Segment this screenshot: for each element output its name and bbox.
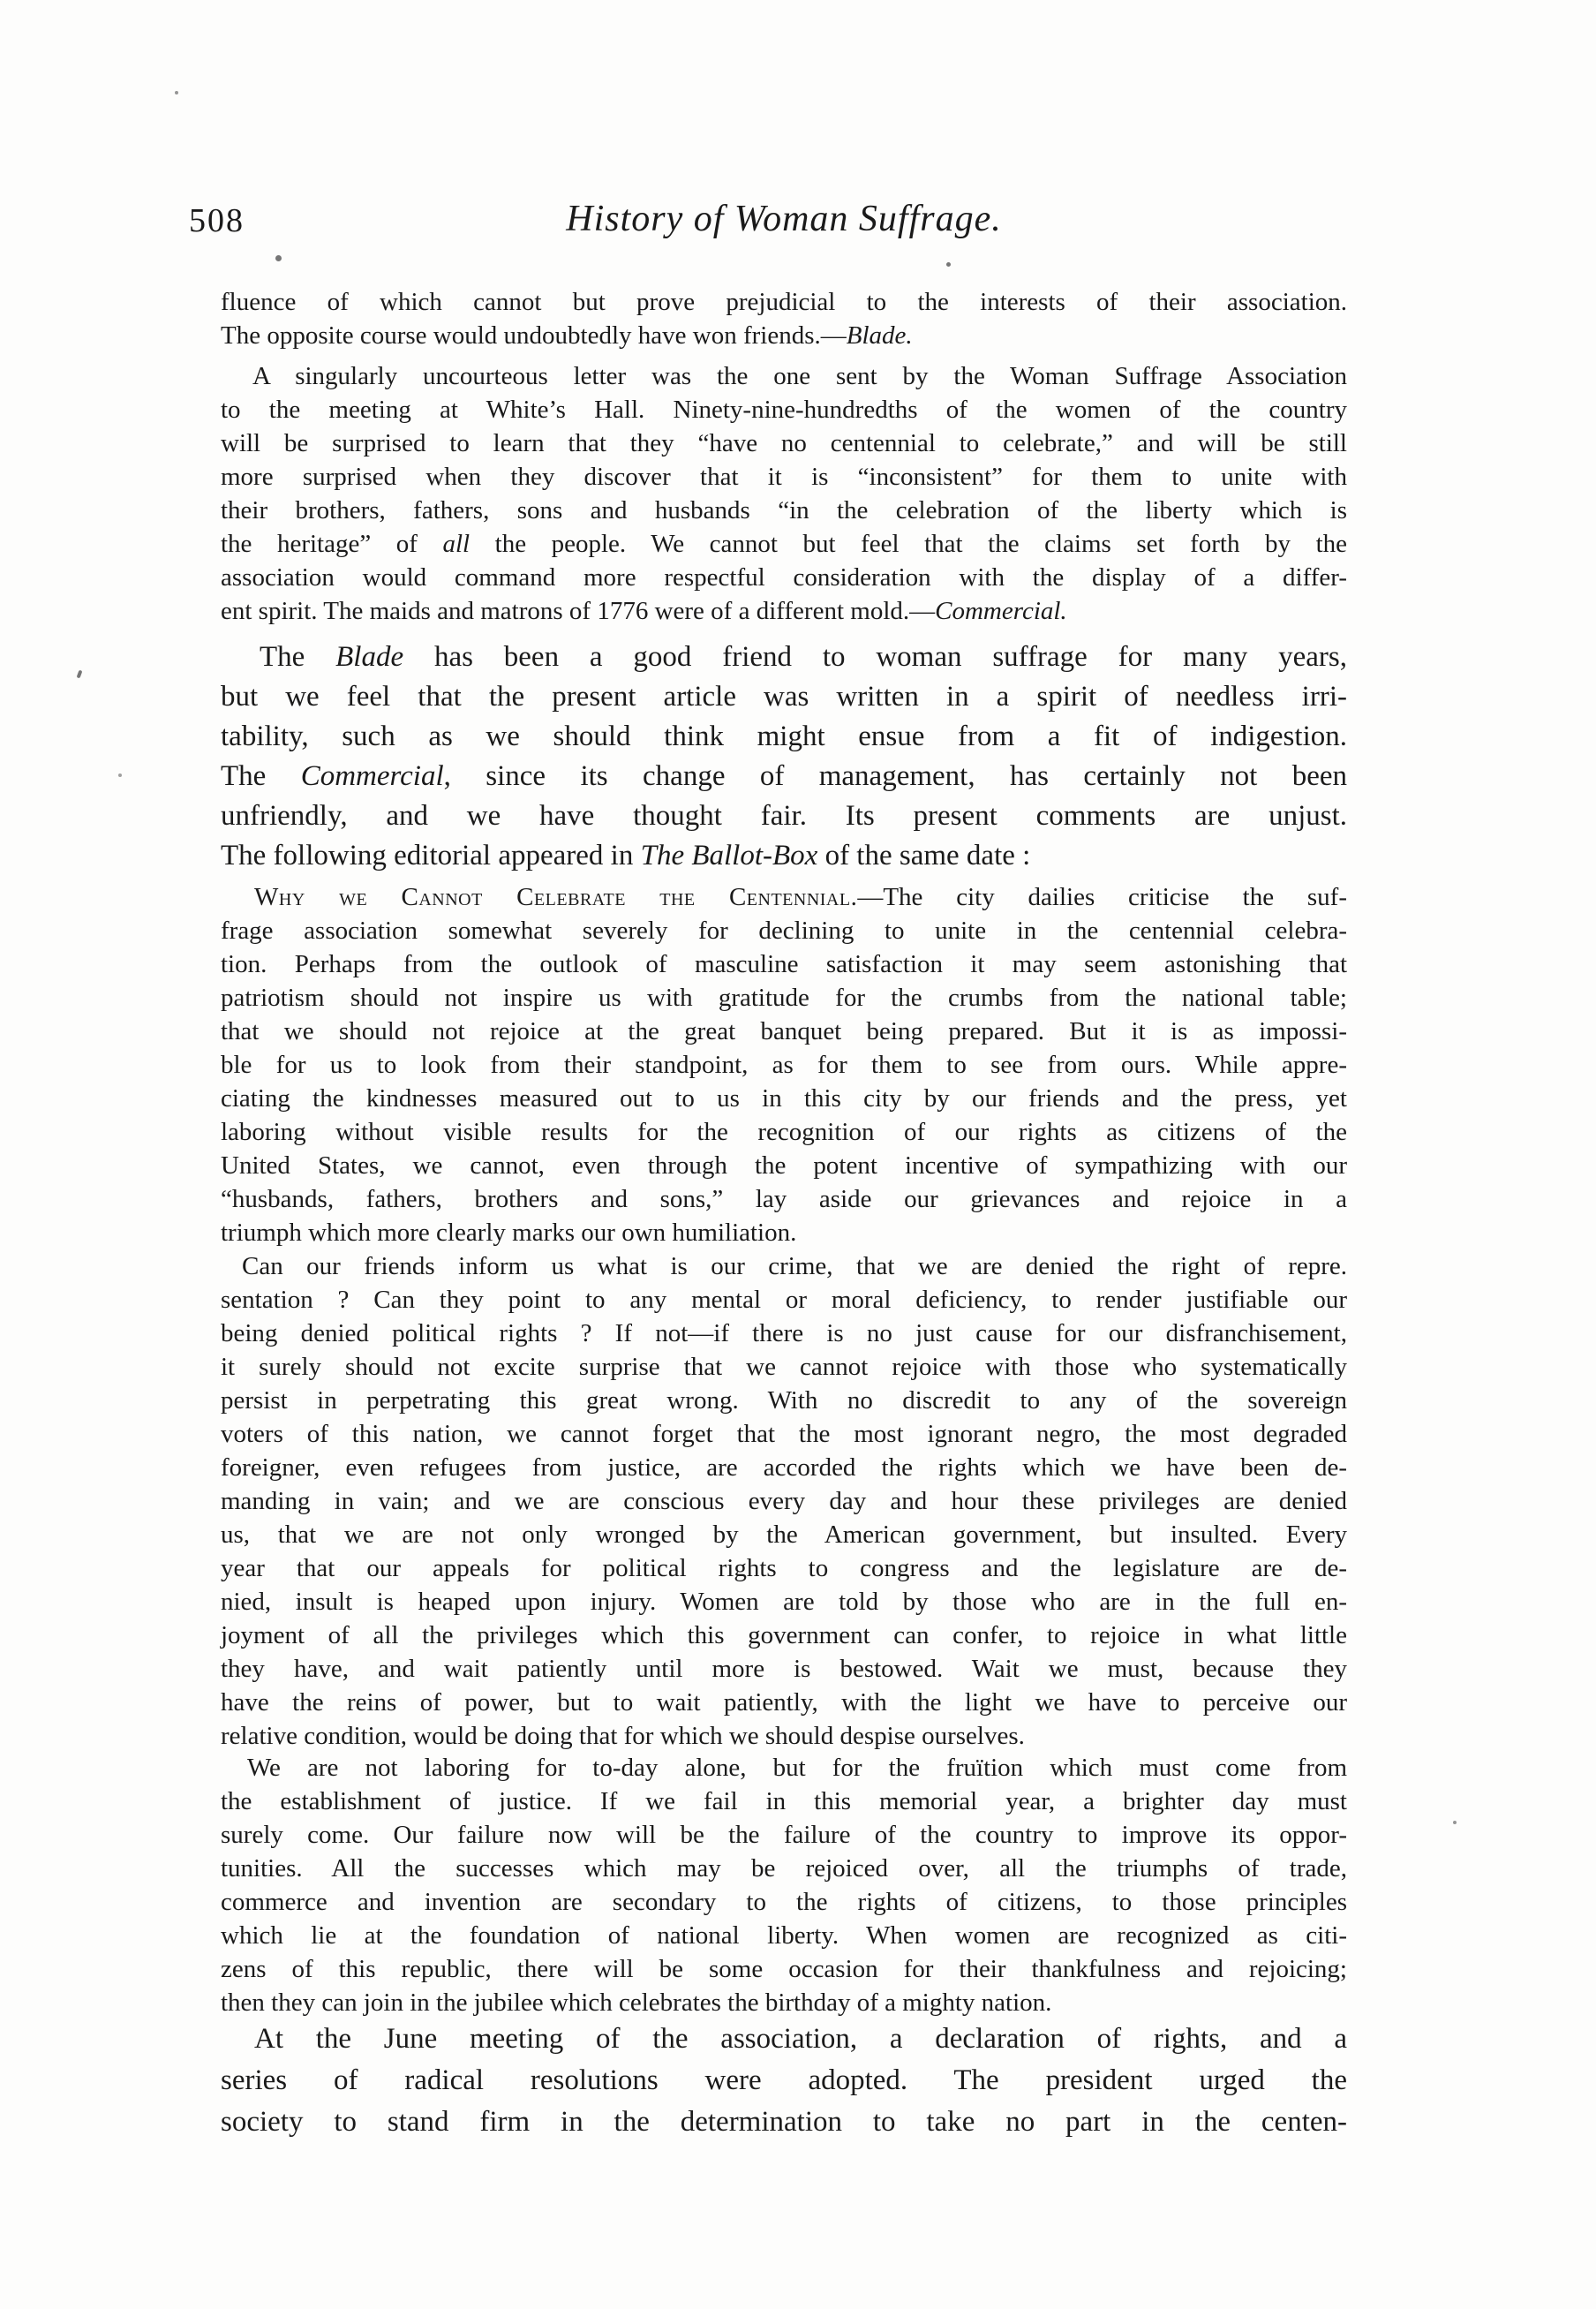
text-line: will be surprised to learn that they “ha… xyxy=(221,426,1347,460)
paragraph-june-meeting: At the June meeting of the association, … xyxy=(221,2018,1347,2143)
text-line: laboring without visible results for the… xyxy=(221,1115,1347,1149)
text-segment: has been a good friend to woman suffrage… xyxy=(403,641,1347,673)
text-line: ble for us to look from their standpoint… xyxy=(221,1048,1347,1082)
text-segment: The following editorial appeared in xyxy=(221,840,641,872)
text-segment: the people. We cannot but feel that the … xyxy=(470,530,1347,558)
scan-speckle xyxy=(275,255,282,261)
paragraph-editorial-3: We are not laboring for to-day alone, bu… xyxy=(221,1751,1347,2019)
text-line: to the meeting at White’s Hall. Ninety-n… xyxy=(221,393,1347,426)
text-line: series of radical resolutions were adopt… xyxy=(221,2060,1347,2101)
text-line: The opposite course would undoubtedly ha… xyxy=(221,319,1347,352)
text-line: triumph which more clearly marks our own… xyxy=(221,1216,1347,1249)
text-line: Can our friends inform us what is our cr… xyxy=(221,1249,1347,1283)
newspaper-name: The Ballot-Box xyxy=(641,840,818,872)
text-line: it surely should not excite surprise tha… xyxy=(221,1350,1347,1384)
text-line: being denied political rights ? If not—i… xyxy=(221,1317,1347,1350)
text-line: their brothers, fathers, sons and husban… xyxy=(221,494,1347,527)
text-line: voters of this nation, we cannot forget … xyxy=(221,1417,1347,1451)
newspaper-name: Commercial xyxy=(301,760,444,792)
text-line: The Blade has been a good friend to woma… xyxy=(221,638,1347,677)
text-line: A singularly uncourteous letter was the … xyxy=(221,359,1347,393)
text-line: relative condition, would be doing that … xyxy=(221,1719,1347,1753)
text-segment: , since its change of management, has ce… xyxy=(444,760,1347,792)
text-line: fluence of which cannot but prove prejud… xyxy=(221,285,1347,319)
text-line: zens of this republic, there will be som… xyxy=(221,1952,1347,1986)
text-line: nied, insult is heaped upon injury. Wome… xyxy=(221,1585,1347,1619)
text-segment: of the same date : xyxy=(817,840,1030,872)
text-line: At the June meeting of the association, … xyxy=(221,2018,1347,2060)
text-line: surely come. Our failure now will be the… xyxy=(221,1818,1347,1852)
paragraph-editorial-comment: The Blade has been a good friend to woma… xyxy=(221,638,1347,876)
text-segment: —The city dailies criticise the suf- xyxy=(857,883,1347,911)
text-line: joyment of all the privileges which this… xyxy=(221,1619,1347,1652)
text-line: United States, we cannot, even through t… xyxy=(221,1149,1347,1182)
text-line: the heritage” of all the people. We cann… xyxy=(221,527,1347,561)
text-line: more surprised when they discover that i… xyxy=(221,460,1347,494)
text-line: We are not laboring for to-day alone, bu… xyxy=(221,1751,1347,1785)
text-line: persist in perpetrating this great wrong… xyxy=(221,1384,1347,1417)
text-segment: the heritage” of xyxy=(221,530,442,558)
text-line: frage association somewhat severely for … xyxy=(221,914,1347,947)
text-line: year that our appeals for political righ… xyxy=(221,1551,1347,1585)
text-line: which lie at the foundation of national … xyxy=(221,1919,1347,1952)
emphasis-word: all xyxy=(442,530,470,558)
text-line: that we should not rejoice at the great … xyxy=(221,1015,1347,1048)
text-line: the establishment of justice. If we fail… xyxy=(221,1785,1347,1818)
text-line: tion. Perhaps from the outlook of mascul… xyxy=(221,947,1347,981)
paragraph-editorial-2: Can our friends inform us what is our cr… xyxy=(221,1249,1347,1753)
page-body: fluence of which cannot but prove prejud… xyxy=(221,0,1347,2309)
text-line: commerce and invention are secondary to … xyxy=(221,1885,1347,1919)
paragraph-blade-excerpt: fluence of which cannot but prove prejud… xyxy=(221,285,1347,352)
text-segment: The xyxy=(221,760,301,792)
scan-speckle xyxy=(946,262,951,267)
text-line: manding in vain; and we are conscious ev… xyxy=(221,1484,1347,1518)
text-line: unfriendly, and we have thought fair. It… xyxy=(221,796,1347,836)
source-name: Blade. xyxy=(847,321,913,350)
text-line: us, that we are not only wronged by the … xyxy=(221,1518,1347,1551)
text-line: association would command more respectfu… xyxy=(221,561,1347,594)
text-line: “husbands, fathers, brothers and sons,” … xyxy=(221,1182,1347,1216)
text-line: foreigner, even refugees from justice, a… xyxy=(221,1451,1347,1484)
text-line: society to stand firm in the determinati… xyxy=(221,2101,1347,2143)
newspaper-name: Blade xyxy=(335,641,403,673)
text-line: they have, and wait patiently until more… xyxy=(221,1652,1347,1686)
text-segment: ent spirit. The maids and matrons of 177… xyxy=(221,597,935,625)
text-line: The Commercial, since its change of mana… xyxy=(221,757,1347,796)
source-name: Commercial. xyxy=(935,597,1067,625)
text-line: The following editorial appeared in The … xyxy=(221,836,1347,876)
text-segment: The opposite course would undoubtedly ha… xyxy=(221,321,847,350)
scan-speckle xyxy=(175,91,178,94)
scan-speckle xyxy=(77,670,83,679)
text-segment: The xyxy=(260,641,335,673)
text-line: Why we Cannot Celebrate the Centennial.—… xyxy=(221,880,1347,914)
paragraph-commercial-excerpt: A singularly uncourteous letter was the … xyxy=(221,359,1347,628)
scan-speckle xyxy=(1453,1821,1457,1824)
book-page: 508 History of Woman Suffrage. fluence o… xyxy=(0,0,1596,2309)
text-line: patriotism should not inspire us with gr… xyxy=(221,981,1347,1015)
text-line: tunities. All the successes which may be… xyxy=(221,1852,1347,1885)
text-line: ciating the kindnesses measured out to u… xyxy=(221,1082,1347,1115)
editorial-heading: Why we Cannot Celebrate the Centennial. xyxy=(254,883,857,911)
text-line: then they can join in the jubilee which … xyxy=(221,1986,1347,2019)
text-line: ent spirit. The maids and matrons of 177… xyxy=(221,594,1347,628)
text-line: sentation ? Can they point to any mental… xyxy=(221,1283,1347,1317)
text-line: tability, such as we should think might … xyxy=(221,717,1347,757)
paragraph-editorial-1: Why we Cannot Celebrate the Centennial.—… xyxy=(221,880,1347,1249)
text-line: have the reins of power, but to wait pat… xyxy=(221,1686,1347,1719)
text-line: but we feel that the present article was… xyxy=(221,677,1347,717)
scan-speckle xyxy=(118,773,122,777)
